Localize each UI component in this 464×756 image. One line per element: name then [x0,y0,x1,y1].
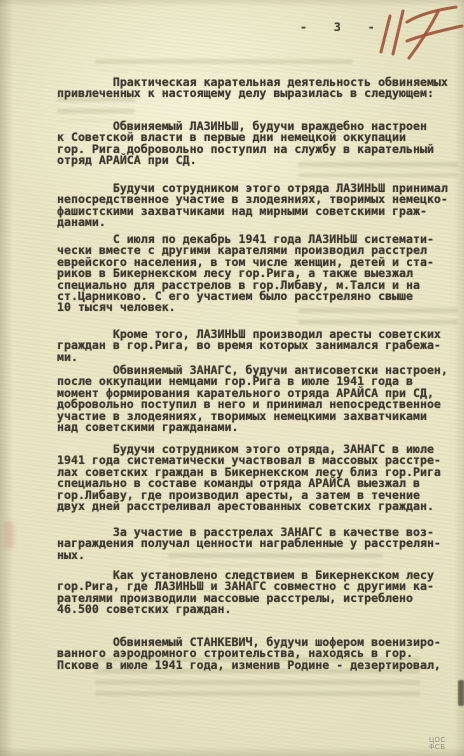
handwritten-stroke [393,11,403,54]
archive-watermark: ЦОС ФСБ [429,737,464,751]
handwritten-page-number [375,2,464,64]
paragraph: Обвиняемый СТАНКЕВИЧ, будучи шофером вое… [57,637,441,671]
handwritten-stroke [407,26,462,41]
paragraph: Практическая карательная деятельность об… [57,77,448,100]
handwritten-stroke [381,16,390,52]
paragraph: Будучи сотрудником этого отряда ЛАЗИНЬШ … [57,183,448,229]
ink-smudge [458,680,464,706]
page-edge-shadow-left [0,0,13,756]
bleedthrough-text-shadow [95,59,353,71]
paragraph: С июля по декабрь 1941 года ЛАЗИНЬШ сист… [57,234,434,314]
scanned-document-page: - 3 - Практическая карательная деятельно… [0,0,464,756]
paper-stain [4,522,14,548]
page-number: - 3 - [300,20,385,34]
paragraph: Кроме того, ЛАЗИНЬШ производил аресты со… [57,329,441,363]
page-edge-shadow-bottom [0,746,464,756]
page-edge-shadow-right [454,0,464,756]
paragraph: Обвиняемый ЗАНАГС, будучи антисоветски н… [57,365,448,433]
paragraph: Обвиняемый ЛАЗИНЬШ, будучи враждебно нас… [57,121,434,167]
paragraph: Как установлено следствием в Бикернекско… [57,570,434,616]
bleedthrough-text-shadow [57,97,135,121]
paragraph: За участие в расстрелах ЗАНАГС в качеств… [57,527,441,561]
paragraph: Будучи сотрудником этого отряда, ЗАНАГС … [57,444,441,512]
handwritten-stroke [407,7,456,22]
